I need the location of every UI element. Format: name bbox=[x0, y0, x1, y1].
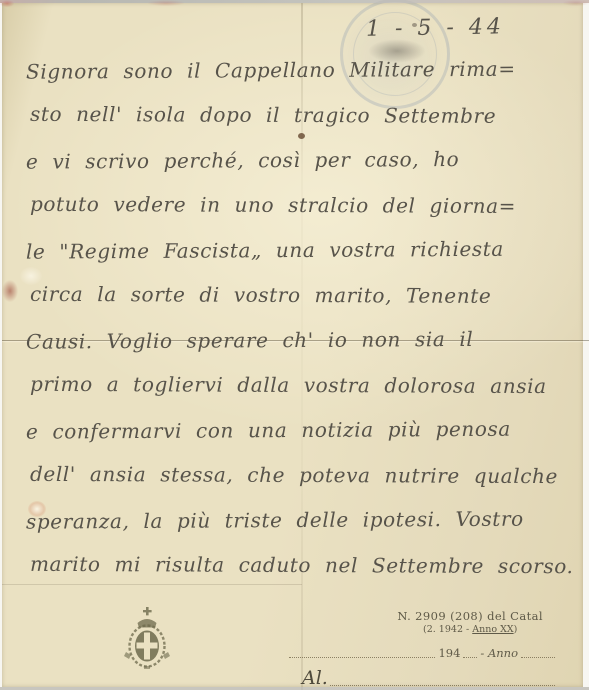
catalog-number: N. 2909 (208) del Catal bbox=[397, 609, 543, 623]
scan-artifact bbox=[0, 0, 14, 7]
addressee-blank-line: Al. bbox=[302, 663, 555, 689]
date-blank-line: 194 - Anno bbox=[289, 644, 555, 660]
scan-edge-top bbox=[0, 0, 589, 3]
red-stain bbox=[2, 280, 18, 302]
dotted-rule bbox=[521, 657, 555, 658]
letter-line: Signora sono il Cappellano Militare rima… bbox=[26, 46, 571, 94]
scan-artifact bbox=[563, 0, 589, 6]
letter-line: potuto vedere in uno stralcio del giorna… bbox=[26, 182, 571, 229]
dotted-rule bbox=[463, 657, 477, 658]
letter-body: Signora sono il Cappellano Militare rima… bbox=[26, 48, 571, 588]
letter-paper: 1 - 5 - 44 Signora sono il Cappellano Mi… bbox=[2, 3, 583, 687]
letter-date: 1 - 5 - 44 bbox=[366, 13, 566, 41]
scanned-letter: 1 - 5 - 44 Signora sono il Cappellano Mi… bbox=[0, 0, 589, 690]
letter-line: le "Regime Fascista„ una vostra richiest… bbox=[26, 226, 571, 274]
year-prefix: 194 bbox=[435, 646, 463, 660]
catalog-year: (2. 1942 - Anno XX) bbox=[397, 624, 543, 635]
letter-line: Causi. Voglio sperare ch' io non sia il bbox=[26, 316, 571, 364]
letter-line: e confermarvi con una notizia più penosa bbox=[26, 406, 571, 454]
letter-line: marito mi risulta caduto nel Settembre s… bbox=[26, 542, 571, 589]
letter-line: primo a togliervi dalla vostra dolorosa … bbox=[26, 362, 571, 409]
letter-line: speranza, la più triste delle ipotesi. V… bbox=[26, 496, 571, 544]
letter-line: sto nell' isola dopo il tragico Settembr… bbox=[26, 92, 571, 139]
dotted-rule bbox=[289, 657, 435, 658]
letter-line: circa la sorte di vostro marito, Tenente bbox=[26, 272, 571, 319]
catalog-number-block: N. 2909 (208) del Catal (2. 1942 - Anno … bbox=[397, 609, 543, 635]
anno-label: - Anno bbox=[477, 646, 521, 660]
dotted-rule bbox=[330, 685, 555, 686]
addressee-label: Al. bbox=[302, 667, 330, 689]
letter-line: dell' ansia stessa, che poteva nutrire q… bbox=[26, 452, 571, 499]
savoy-crest-icon bbox=[120, 606, 174, 670]
letter-line: e vi scrivo perché, così per caso, ho bbox=[26, 136, 571, 184]
scan-artifact bbox=[148, 0, 184, 6]
